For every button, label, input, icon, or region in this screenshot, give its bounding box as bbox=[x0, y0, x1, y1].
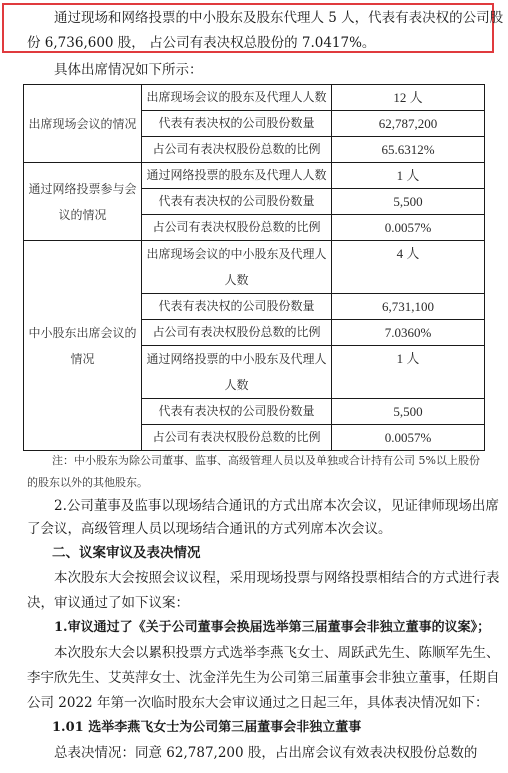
row-item: 占公司有表决权股份总数的比例 bbox=[142, 215, 332, 241]
row-value: 0.0057% bbox=[332, 425, 485, 451]
vote-result-line: 总表决情况：同意 62,787,200 股，占出席会议有效表决权股份总数的 bbox=[54, 743, 477, 763]
row-value: 5,500 bbox=[332, 189, 485, 215]
section-p2-line-2: 李宇欣先生、艾英萍女士、沈金洋先生为公司第三届董事会非独立董事，任期自 bbox=[27, 668, 500, 688]
row-value: 0.0057% bbox=[332, 215, 485, 241]
group-label-online: 通过网络投票参与会 议的情况 bbox=[24, 163, 142, 241]
row-value: 6,731,100 bbox=[332, 294, 485, 320]
row-item: 代表有表决权的公司股份数量 bbox=[142, 399, 332, 425]
group-label-onsite: 出席现场会议的情况 bbox=[24, 85, 142, 163]
row-item: 出席现场会议的股东及代理人人数 bbox=[142, 85, 332, 111]
row-item: 占公司有表决权股份总数的比例 bbox=[142, 137, 332, 163]
note-line-2: 的股东以外的其他股东。 bbox=[27, 474, 148, 490]
row-item: 通过网络投票的股东及代理人人数 bbox=[142, 163, 332, 189]
group-label-line-2: 情况 bbox=[26, 346, 139, 372]
row-value: 1 人 bbox=[332, 163, 485, 189]
row-value: 12 人 bbox=[332, 85, 485, 111]
section-heading: 二、议案审议及表决情况 bbox=[52, 543, 201, 563]
group-label-line-2: 议的情况 bbox=[26, 202, 139, 228]
row-item-line-1: 出席现场会议的中小股东及代理人 bbox=[144, 241, 329, 267]
group-label-line-1: 通过网络投票参与会 bbox=[26, 176, 139, 202]
sub-motion-101-title: 1.01 选举李燕飞女士为公司第三届董事会非独立董事 bbox=[52, 718, 361, 738]
row-item: 代表有表决权的公司股份数量 bbox=[142, 111, 332, 137]
row-item: 占公司有表决权股份总数的比例 bbox=[142, 425, 332, 451]
note-line-1: 注：中小股东为除公司董事、监事、高级管理人员以及单独或合计持有公司 5%以上股份 bbox=[52, 452, 480, 468]
row-item: 出席现场会议的中小股东及代理人 人数 bbox=[142, 241, 332, 294]
section-p2-line-1: 本次股东大会以累积投票方式选举李燕飞女士、周跃武先生、陈顺军先生、 bbox=[54, 643, 500, 663]
para2-line-1: 2.公司董事及监事以现场结合通讯的方式出席本次会议，见证律师现场出席 bbox=[54, 496, 499, 516]
row-item-line-1: 通过网络投票的中小股东及代理人 bbox=[144, 346, 329, 372]
row-value: 65.6312% bbox=[332, 137, 485, 163]
section-p1-line-2: 决，审议通过了如下议案： bbox=[27, 593, 189, 613]
table-row: 出席现场会议的情况 出席现场会议的股东及代理人人数 12 人 bbox=[24, 85, 485, 111]
group-label-line-1: 中小股东出席会议的 bbox=[26, 320, 139, 346]
table-row: 通过网络投票参与会 议的情况 通过网络投票的股东及代理人人数 1 人 bbox=[24, 163, 485, 189]
table-row: 中小股东出席会议的 情况 出席现场会议的中小股东及代理人 人数 4 人 bbox=[24, 241, 485, 294]
attendance-table: 出席现场会议的情况 出席现场会议的股东及代理人人数 12 人 代表有表决权的公司… bbox=[23, 84, 485, 451]
group-label-minority: 中小股东出席会议的 情况 bbox=[24, 241, 142, 451]
para2-line-2: 了会议，高级管理人员以现场结合通讯的方式列席本次会议。 bbox=[27, 519, 392, 539]
row-value: 4 人 bbox=[332, 241, 485, 294]
highlight-line-2: 份 6,736,600 股， 占公司有表决权总股份的 7.0417%。 bbox=[27, 33, 375, 53]
row-value: 7.0360% bbox=[332, 320, 485, 346]
row-item: 占公司有表决权股份总数的比例 bbox=[142, 320, 332, 346]
row-item-line-2: 人数 bbox=[144, 372, 329, 398]
intro-text: 具体出席情况如下所示： bbox=[54, 60, 203, 80]
row-value: 1 人 bbox=[332, 346, 485, 399]
row-value: 62,787,200 bbox=[332, 111, 485, 137]
highlight-line-1: 通过现场和网络投票的中小股东及股东代理人 5 人，代表有表决权的公司股 bbox=[54, 8, 503, 28]
row-item: 通过网络投票的中小股东及代理人 人数 bbox=[142, 346, 332, 399]
section-p2-line-3: 公司 2022 年第一次临时股东大会审议通过之日起三年，具体表决情况如下： bbox=[27, 693, 488, 713]
row-item-line-2: 人数 bbox=[144, 267, 329, 293]
section-p1-line-1: 本次股东大会按照会议议程，采用现场投票与网络投票相结合的方式进行表 bbox=[54, 568, 500, 588]
motion-1-title: 1.审议通过了《关于公司董事会换届选举第三届董事会非独立董事的议案》； bbox=[54, 618, 490, 638]
row-item: 代表有表决权的公司股份数量 bbox=[142, 294, 332, 320]
row-item: 代表有表决权的公司股份数量 bbox=[142, 189, 332, 215]
row-value: 5,500 bbox=[332, 399, 485, 425]
